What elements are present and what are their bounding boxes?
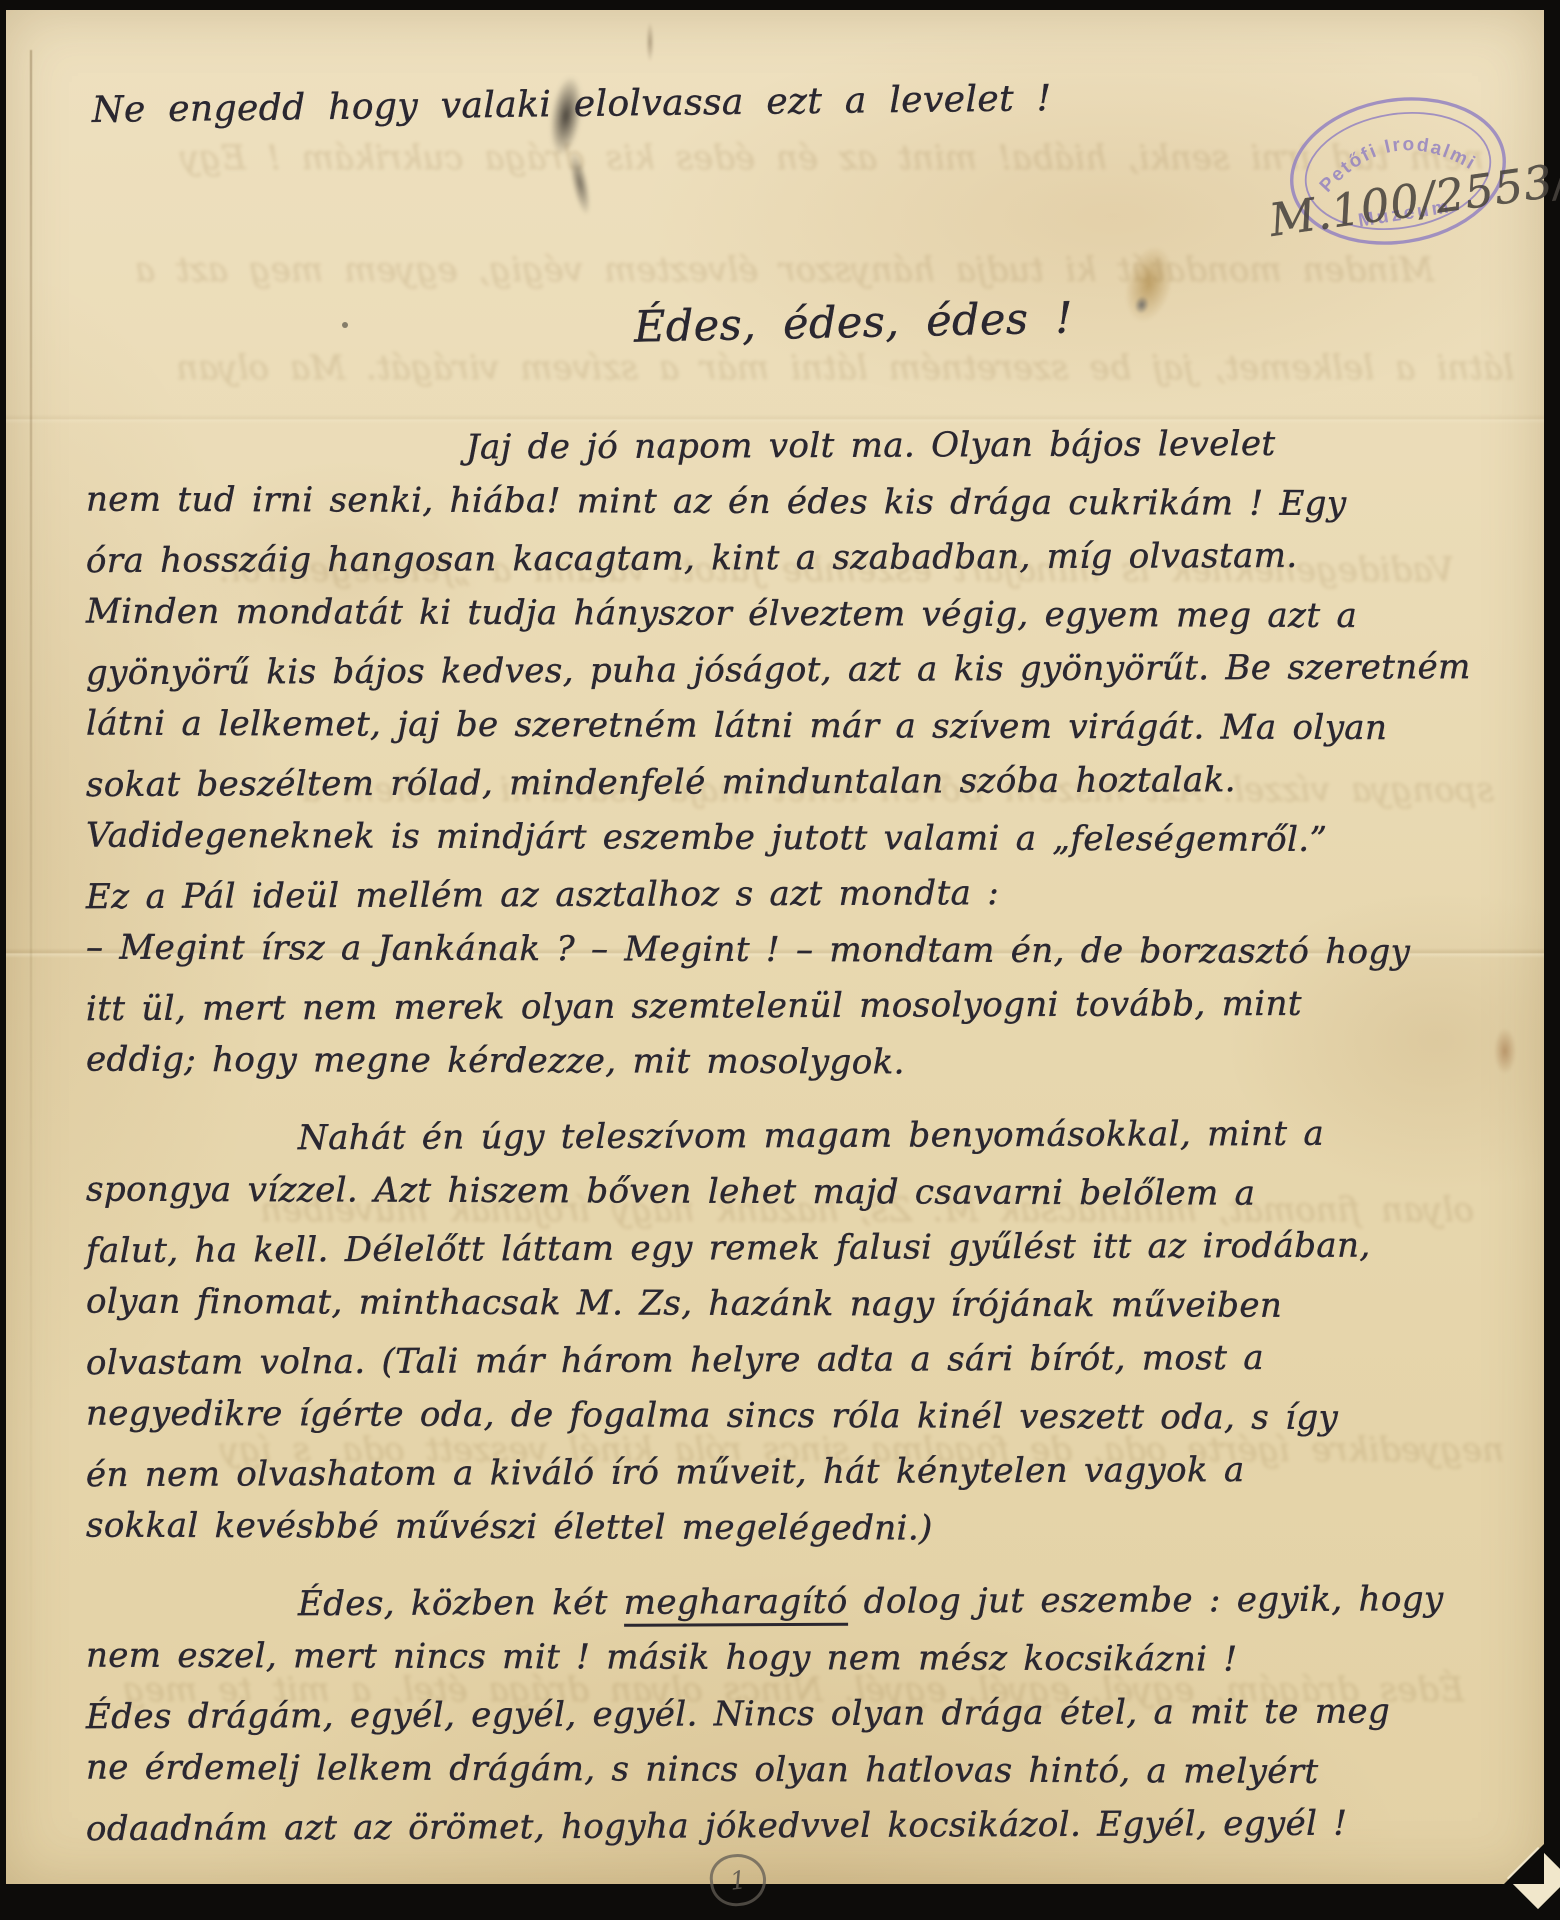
letter-line: Ez a Pál ideül mellém az asztalhoz s azt… — [86, 863, 1506, 925]
underlined-word: megharagító — [624, 1582, 848, 1627]
letter-line: spongya vízzel. Azt hiszem bőven lehet m… — [86, 1162, 1506, 1223]
page-number-value: 1 — [729, 1865, 748, 1896]
scan-background: nem tud irni senki, hiába! mint az én éd… — [0, 0, 1560, 1920]
letter-line: sokkal kevésbbé művészi élettel megelége… — [86, 1498, 1506, 1559]
letter-page: nem tud irni senki, hiába! mint az én éd… — [6, 10, 1544, 1884]
letter-line: nem tud irni senki, hiába! mint az én éd… — [86, 472, 1506, 533]
letter-line: óra hosszáig hangosan kacagtam, kint a s… — [86, 527, 1506, 589]
letter-line: negyedikre ígérte oda, de fogalma sincs … — [86, 1386, 1506, 1447]
line-segment: Édes, közben két — [298, 1583, 624, 1624]
letter-line: Nahát én úgy teleszívom magam benyomások… — [86, 1105, 1506, 1167]
letter-line: ne érdemelj lelkem drágám, s nincs olyan… — [86, 1740, 1506, 1801]
letter-line-underlined: Édes, közben két megharagító dolog jut e… — [86, 1571, 1506, 1633]
letter-line: nem eszel, mert nincs mit ! másik hogy n… — [86, 1628, 1506, 1689]
paragraph-3: Édes, közben két megharagító dolog jut e… — [86, 1574, 1506, 1854]
salutation: Édes, édes, édes ! — [634, 293, 1074, 352]
corner-cut — [1504, 1844, 1544, 1884]
ink-smudge — [565, 149, 594, 217]
letter-line: én nem olvashatom a kiváló író műveit, h… — [86, 1441, 1506, 1503]
letter-line: Vadidegeneknek is mindjárt eszembe jutot… — [86, 808, 1506, 869]
letter-line: eddig; hogy megne kérdezze, mit mosolygo… — [86, 1032, 1506, 1093]
letter-line: gyönyörű kis bájos kedves, puha jóságot,… — [86, 639, 1506, 701]
paper-stain — [646, 22, 654, 62]
line-segment: dolog jut eszembe : egyik, hogy — [848, 1579, 1444, 1622]
paper-edge-line — [30, 50, 32, 1764]
page-number: 1 — [707, 1851, 768, 1909]
paper-stain — [1117, 241, 1181, 328]
letter-line: – Megint írsz a Jankának ? – Megint ! – … — [86, 920, 1506, 981]
letter-line: odaadnám azt az örömet, hogyha jókedvvel… — [86, 1795, 1506, 1857]
letter-line: olvastam volna. (Tali már három helyre a… — [86, 1329, 1506, 1391]
letter-line: olyan finomat, minthacsak M. Zs, hazánk … — [86, 1274, 1506, 1335]
letter-line: Jaj de jó napom volt ma. Olyan bájos lev… — [86, 415, 1506, 477]
letter-line: sokat beszéltem rólad, mindenfelé mindun… — [86, 751, 1506, 813]
letter-line: itt ül, mert nem merek olyan szemtelenül… — [86, 975, 1506, 1037]
letter-line: Minden mondatát ki tudja hányszor élvezt… — [86, 584, 1506, 645]
paragraph-1: Jaj de jó napom volt ma. Olyan bájos lev… — [86, 418, 1506, 1090]
letter-line: Édes drágám, egyél, egyél, egyél. Nincs … — [86, 1683, 1506, 1745]
paper-stain — [342, 322, 348, 328]
letter-line: falut, ha kell. Délelőtt láttam egy reme… — [86, 1217, 1506, 1279]
letter-line: látni a lelkemet, jaj be szeretném látni… — [86, 696, 1506, 757]
letter-body: Jaj de jó napom volt ma. Olyan bájos lev… — [86, 418, 1506, 1854]
warning-note: Ne engedd hogy valaki elolvassa ezt a le… — [92, 78, 1052, 131]
paragraph-2: Nahát én úgy teleszívom magam benyomások… — [86, 1108, 1506, 1556]
